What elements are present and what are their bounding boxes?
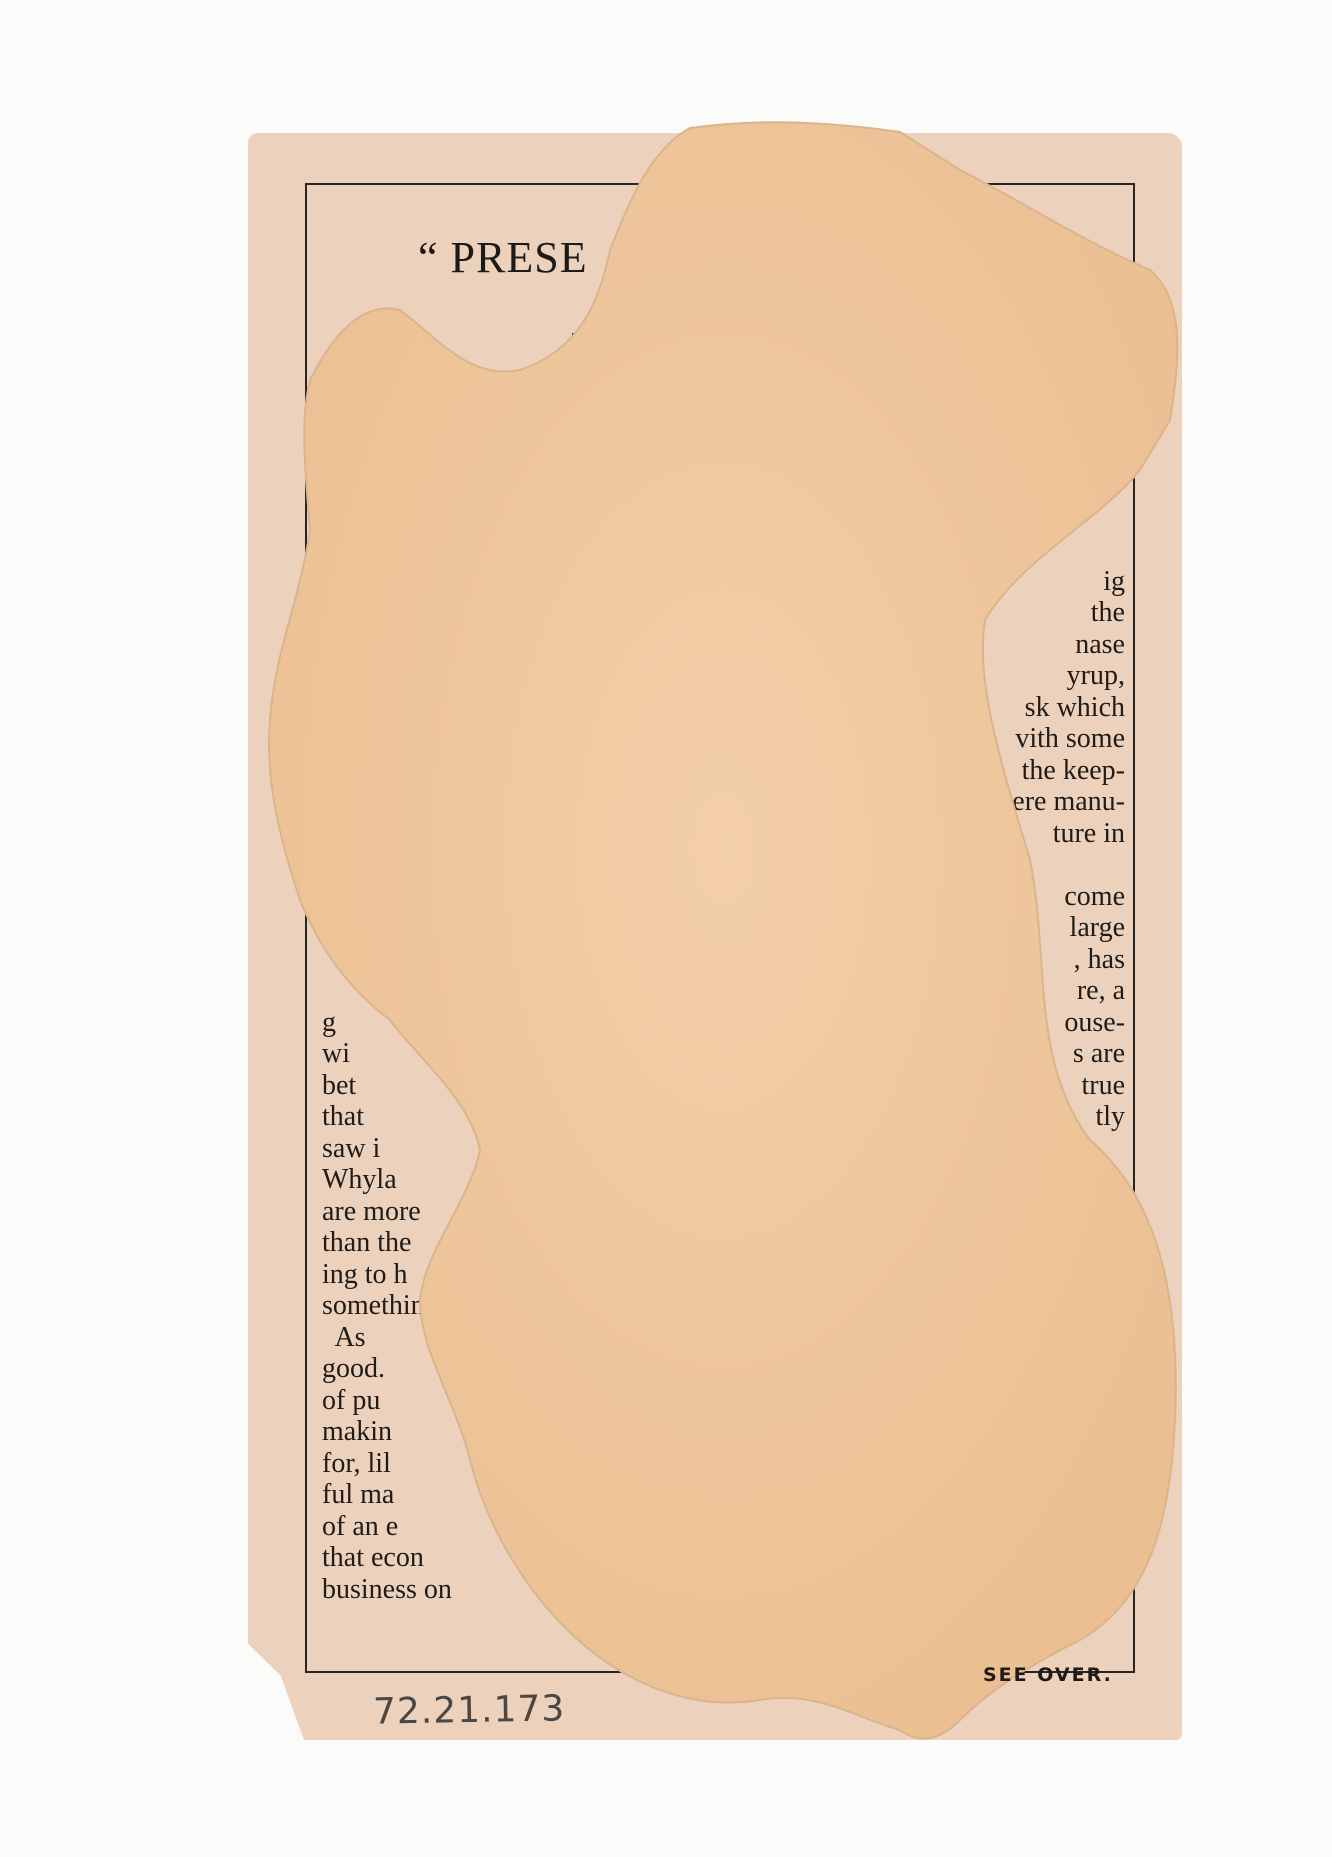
accession-number: 72.21.173 — [373, 1688, 566, 1732]
see-over-label: SEE OVER. — [983, 1664, 1113, 1686]
torn-paper-residue — [0, 0, 1332, 1857]
